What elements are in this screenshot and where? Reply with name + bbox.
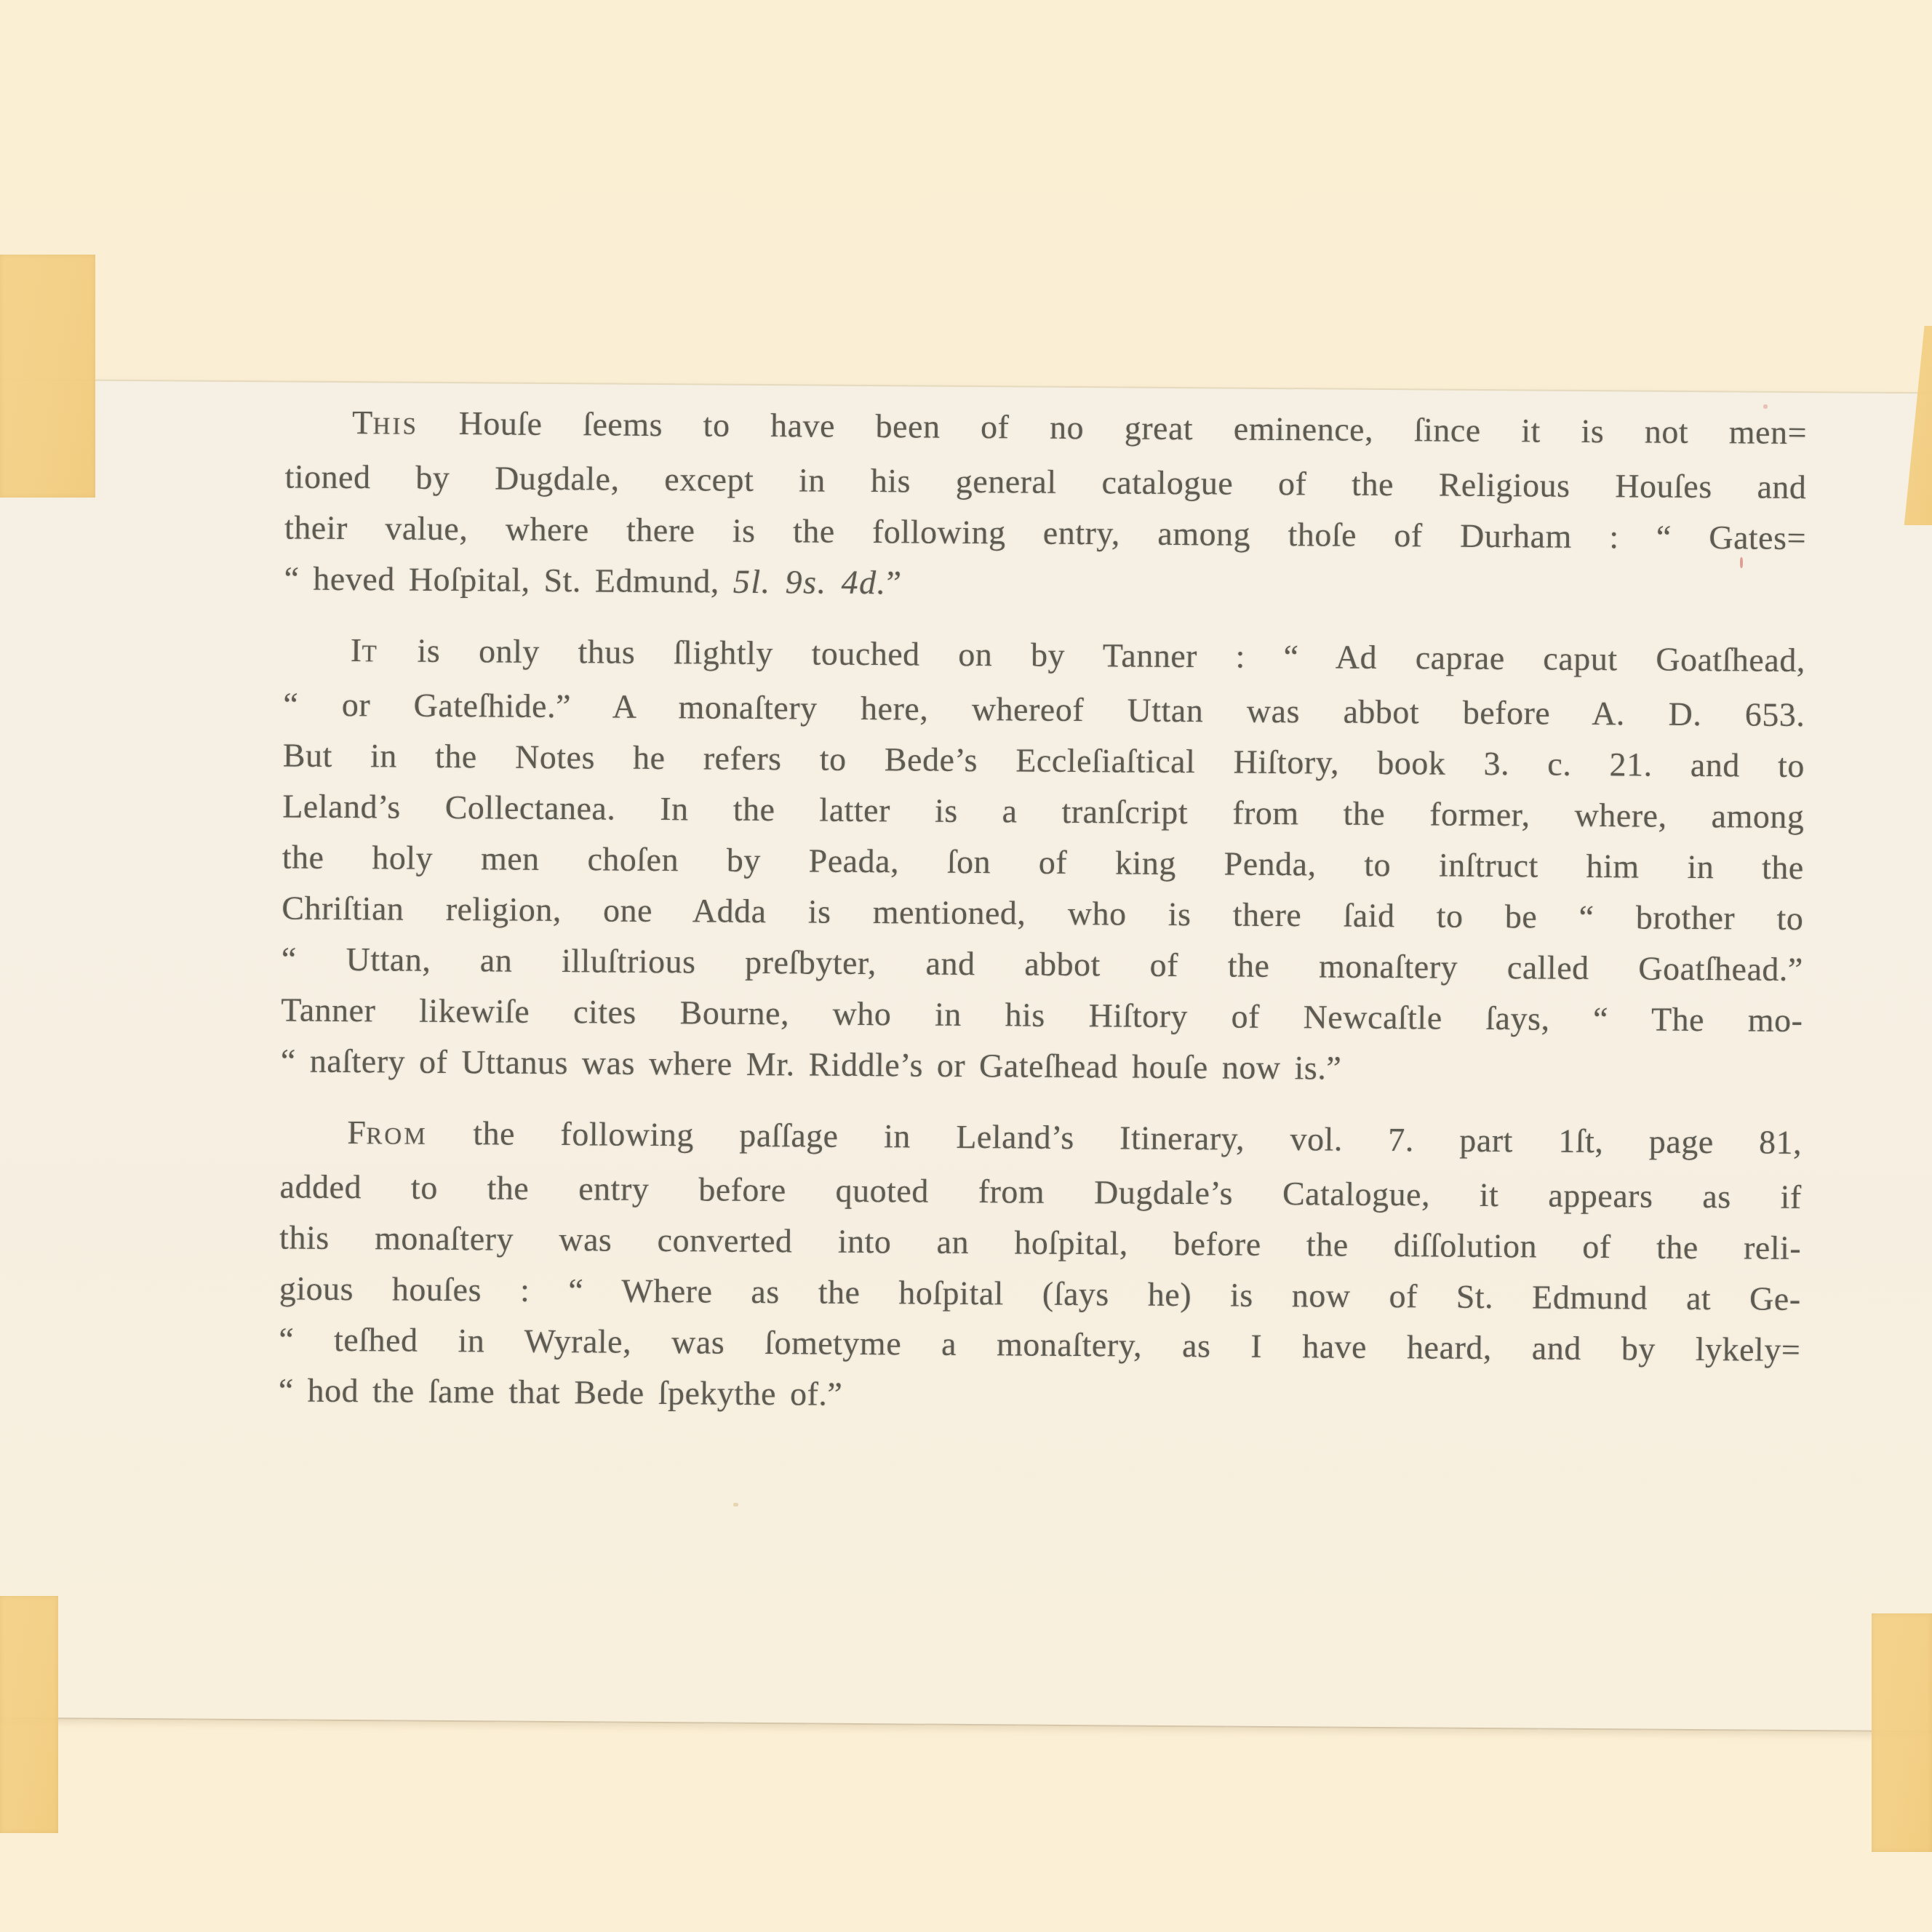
small-caps-run: ROM xyxy=(366,1122,428,1150)
paper-speck xyxy=(1763,404,1768,409)
text-line: THIS Houſe ſeems to have been of no grea… xyxy=(285,396,1807,462)
paragraph: THIS Houſe ſeems to have been of no grea… xyxy=(284,396,1807,615)
text-run: added to the entry before quoted from Du… xyxy=(280,1167,1802,1216)
text-run: ” xyxy=(886,564,901,601)
text-run: tioned by Dugdale, except in his general… xyxy=(284,458,1806,506)
paragraph: FROM the following paſſage in Leland’s I… xyxy=(279,1106,1803,1426)
italic-run: 5l. 9s. 4d. xyxy=(733,563,887,601)
text-run: Chriſtian religion, one Adda is mentione… xyxy=(282,889,1803,937)
text-run: this monaſtery was converted into an hoſ… xyxy=(279,1218,1801,1266)
text-run: Houſe ſeems to have been of no great emi… xyxy=(418,404,1807,451)
text-run: gious houſes : “ Where as the hoſpital (… xyxy=(279,1269,1801,1317)
document-page: THIS Houſe ſeems to have been of no grea… xyxy=(0,379,1932,1733)
text-run: I xyxy=(351,631,362,668)
text-run: But in the Notes he refers to Bede’s Ecc… xyxy=(283,736,1805,784)
text-run: the holy men choſen by Peada, ſon of kin… xyxy=(282,838,1804,886)
text-run: “ or Gateſhide.” A monaſtery here, where… xyxy=(283,685,1805,733)
text-run: “ Uttan, an illuſtrious preſbyter, and a… xyxy=(282,940,1803,988)
paragraph: IT is only thus ſlightly touched on by T… xyxy=(281,624,1805,1097)
paper-speck xyxy=(1740,557,1743,568)
text-line: IT is only thus ſlightly touched on by T… xyxy=(284,624,1805,690)
tape-bottom-left xyxy=(0,1596,58,1833)
paper-speck xyxy=(733,1503,738,1506)
small-caps-run: T xyxy=(362,640,379,667)
text-run: F xyxy=(347,1114,366,1151)
page-text: THIS Houſe ſeems to have been of no grea… xyxy=(279,396,1808,1426)
tape-top-left xyxy=(0,255,95,498)
text-run: their value, where there is the followin… xyxy=(284,508,1806,556)
text-run: Leland’s Collectanea. In the latter is a… xyxy=(282,787,1804,835)
text-run: Tanner likewiſe cites Bourne, who in his… xyxy=(281,991,1803,1039)
text-run: T xyxy=(352,404,373,441)
text-line: “ hod the ſame that Bede ſpekythe of.” xyxy=(279,1365,1800,1426)
text-run: the following paſſage in Leland’s Itiner… xyxy=(428,1114,1803,1161)
text-run: “ naſtery of Uttanus was where Mr. Riddl… xyxy=(281,1042,1342,1086)
photo-mat-background: THIS Houſe ſeems to have been of no grea… xyxy=(0,0,1932,1932)
text-run: “ teſhed in Wyrale, was ſometyme a monaſ… xyxy=(279,1320,1800,1368)
text-run: is only thus ſlightly touched on by Tann… xyxy=(379,631,1805,679)
small-caps-run: HIS xyxy=(373,412,419,439)
text-run: “ heved Hoſpital, St. Edmund, xyxy=(284,559,733,599)
text-line: “ naſtery of Uttanus was where Mr. Riddl… xyxy=(281,1035,1803,1097)
text-run: “ hod the ſame that Bede ſpekythe of.” xyxy=(279,1371,843,1412)
tape-bottom-right xyxy=(1872,1613,1932,1852)
text-line: “ heved Hoſpital, St. Edmund, 5l. 9s. 4d… xyxy=(284,553,1805,615)
text-line: FROM the following paſſage in Leland’s I… xyxy=(280,1106,1802,1172)
